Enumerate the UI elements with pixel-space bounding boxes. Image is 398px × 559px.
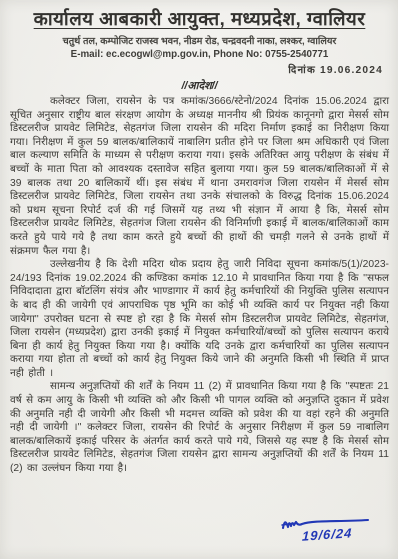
paragraph-tender-clause: उल्लेखनीय है कि देशी मदिरा थोक प्रदाय हे… <box>10 258 389 380</box>
signature-block: 19/6/24 <box>280 513 372 551</box>
office-contact: E-mail: ec.ecogwl@mp.gov.in, Phone No: 0… <box>10 49 389 60</box>
document-date: दिनांक 19.06.2024 <box>10 62 389 76</box>
document-header: कार्यालय आबकारी आयुक्त, मध्यप्रदेश, ग्वा… <box>10 6 389 93</box>
document-body: कलेक्टर जिला, रायसेन के पत्र कमांक/3666/… <box>10 95 389 476</box>
paragraph-inspection-report: कलेक्टर जिला, रायसेन के पत्र कमांक/3666/… <box>10 95 389 258</box>
signature-date: 19/6/24 <box>302 525 353 544</box>
order-heading: //आदेश// <box>10 78 389 93</box>
office-address: चतुर्थ तल, कम्पोजिट राजस्व भवन, नीडम रोड… <box>10 34 389 47</box>
scanned-order-document: कार्यालय आबकारी आयुक्त, मध्यप्रदेश, ग्वा… <box>0 0 398 559</box>
office-title: कार्यालय आबकारी आयुक्त, मध्यप्रदेश, ग्वा… <box>10 6 389 31</box>
paragraph-rule-violation: सामन्य अनुज्ञप्तियों की शर्तें के नियम 1… <box>10 380 389 475</box>
